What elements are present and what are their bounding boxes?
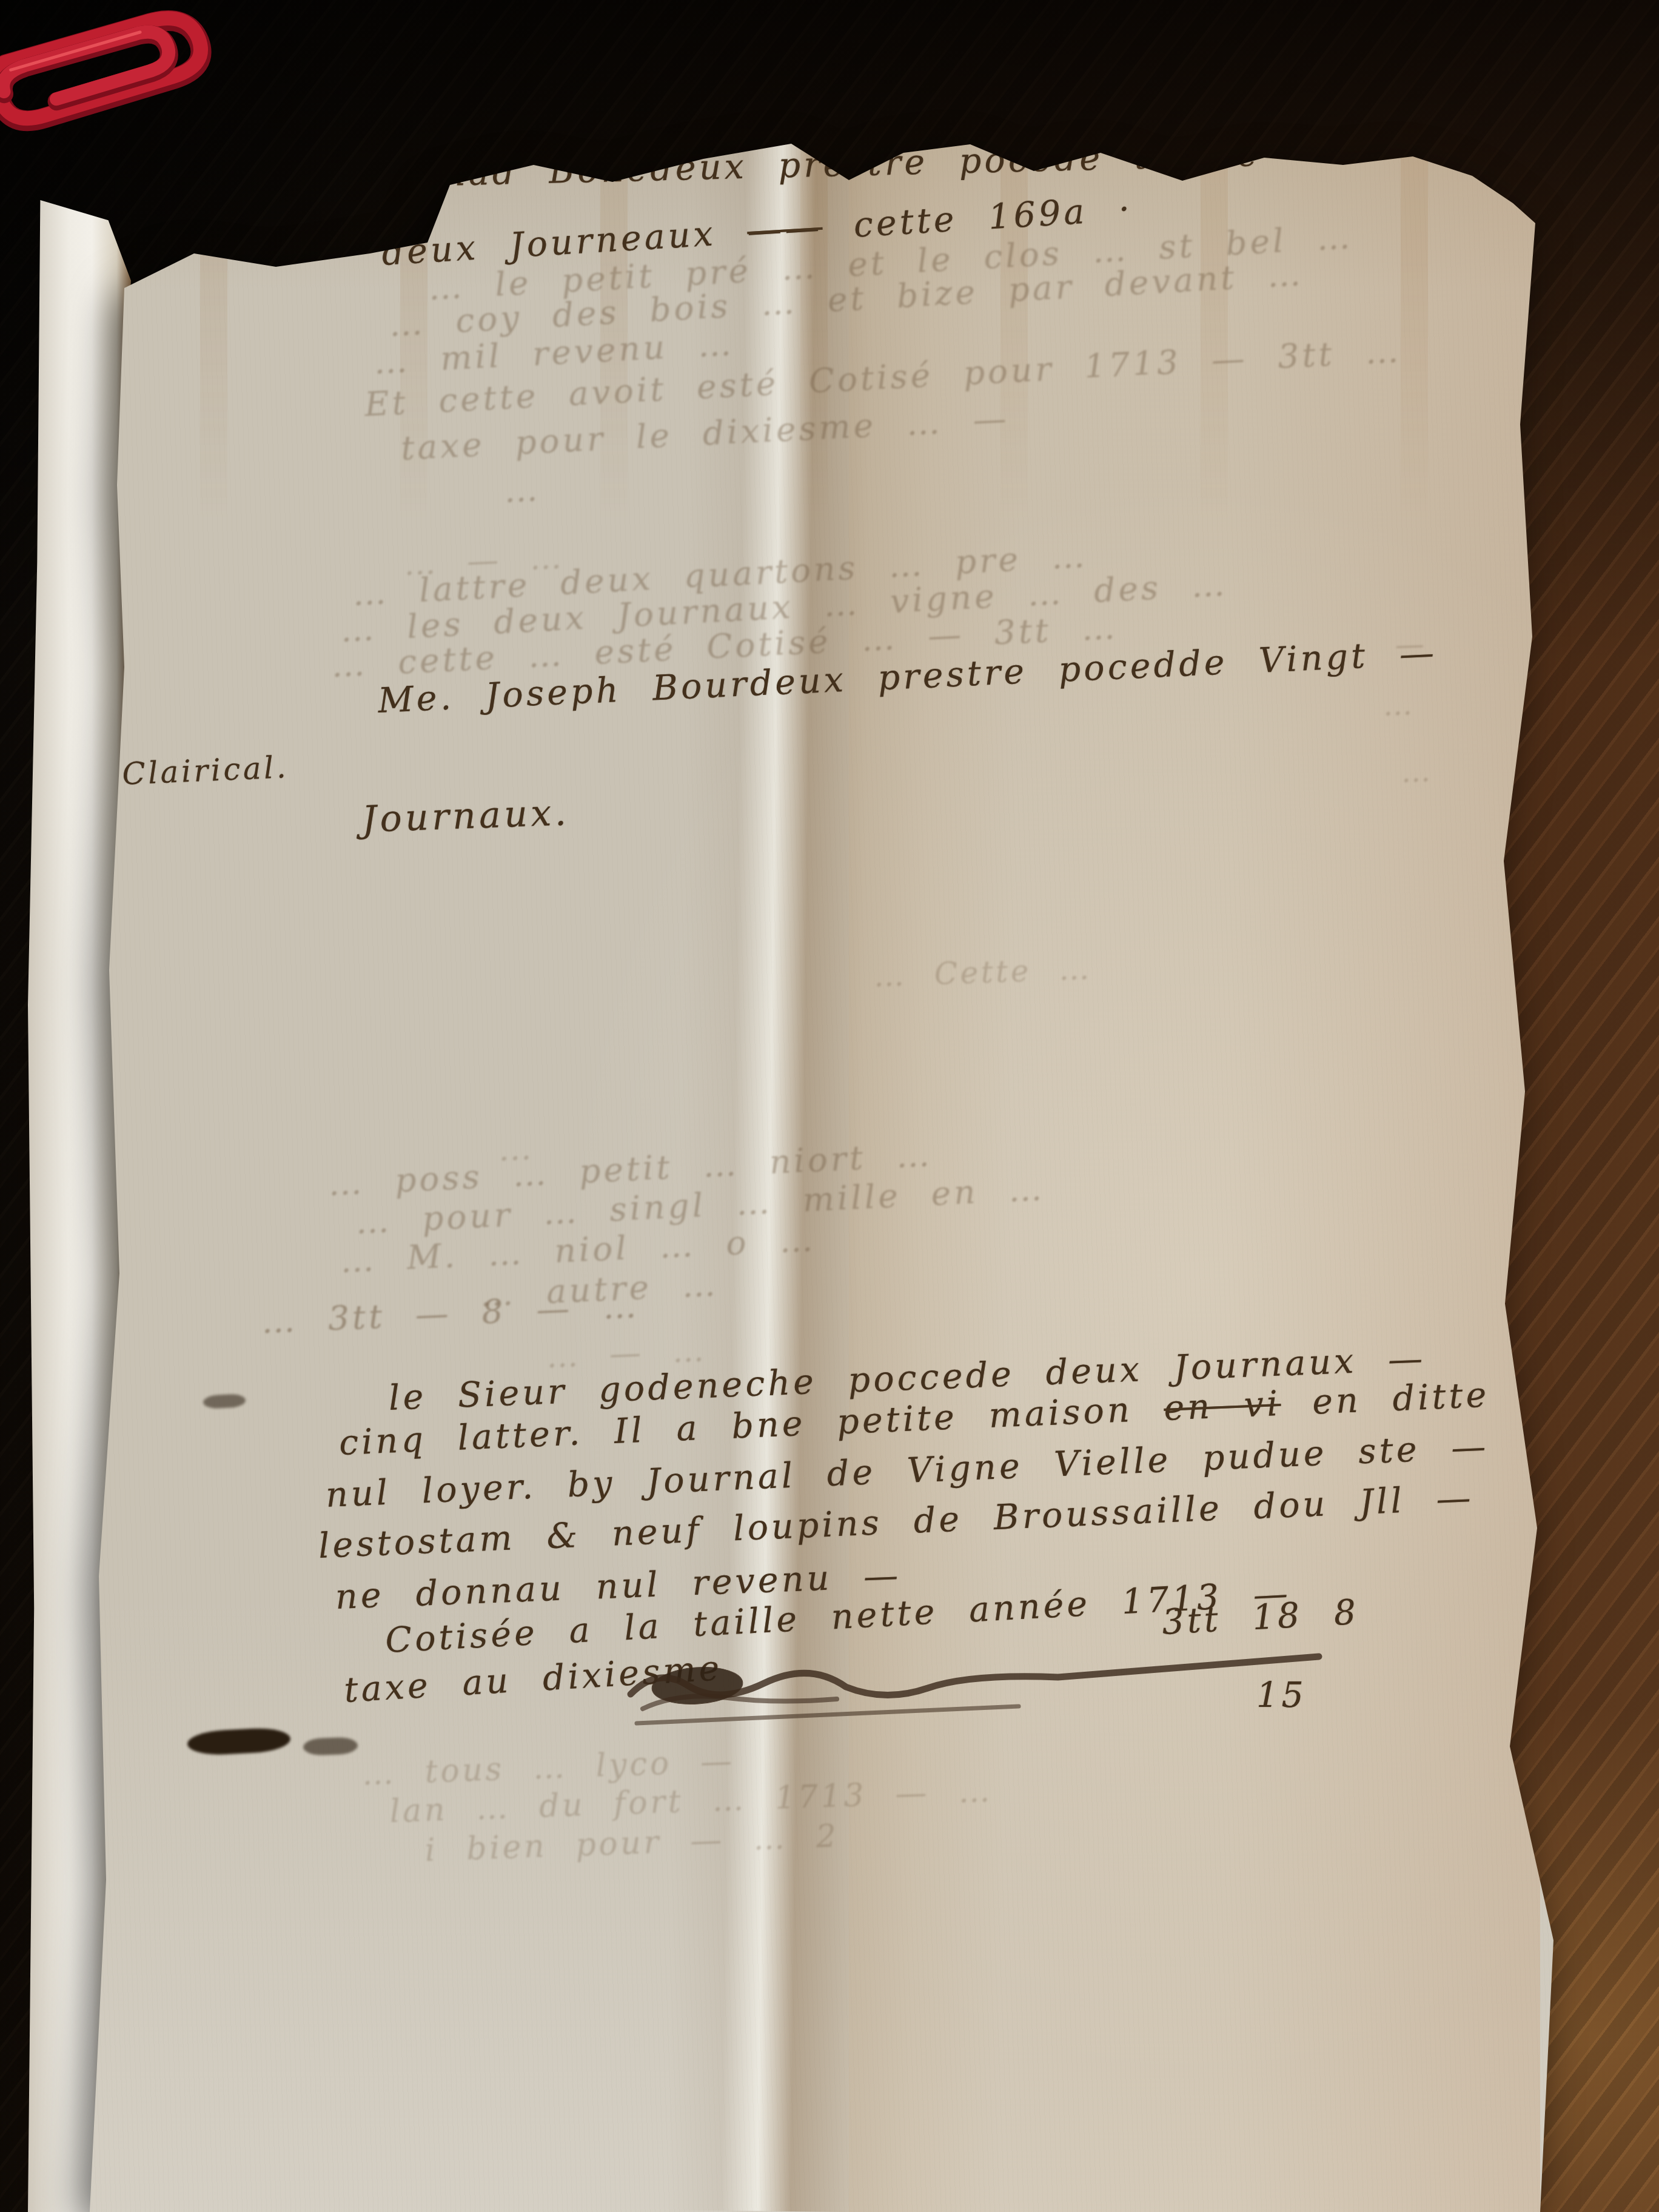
faded-line: …	[1401, 757, 1433, 787]
paper-sheet: titre clairial Me. Bernad Bonedeux prest…	[0, 0, 1659, 2212]
paper-texture	[0, 0, 1659, 2212]
entry3-amount1: 3tt 18 8	[1161, 1595, 1360, 1640]
entry3-line2-struck: en vi	[1163, 1384, 1282, 1429]
faded-line: … Cette …	[873, 953, 1092, 991]
manuscript-page: titre clairial Me. Bernad Bonedeux prest…	[0, 0, 1659, 2212]
faded-line: —	[1395, 629, 1427, 660]
faded-line: …	[503, 472, 541, 508]
ink-blot	[178, 162, 213, 204]
faded-line: …	[1382, 690, 1415, 720]
margin-note-1: titre clairial	[40, 181, 277, 223]
entry1-me: Me.	[289, 188, 357, 221]
ink-scribble	[618, 1643, 1407, 1752]
photo-of-manuscript: titre clairial Me. Bernad Bonedeux prest…	[0, 0, 1659, 2212]
entry2-line2: Journaux.	[361, 794, 570, 838]
entry1-line2-struck: ——	[746, 207, 823, 252]
